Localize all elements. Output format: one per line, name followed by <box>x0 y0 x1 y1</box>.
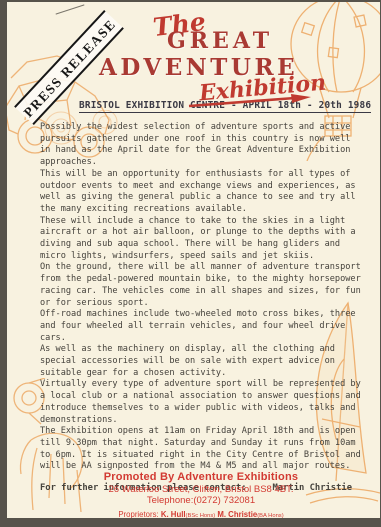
proprietor2-name: M. Christie <box>217 510 257 518</box>
paragraph-intro: Possibly the widest selection of adventu… <box>40 122 362 169</box>
proprietor1-name: K. Hull <box>161 510 186 518</box>
underline-arrow-icon <box>187 94 315 110</box>
press-release-document: PRESS RELEASE The GREAT ADVENTURE Exhibi… <box>7 2 380 518</box>
proprietors-line: Proprietors: K. Hull(BSc Hons) M. Christ… <box>40 510 362 518</box>
paragraph-offroad: Off-road machines include two-wheeled mo… <box>40 309 362 344</box>
paragraph-opening-times: The Exhibition opens at 11am on Friday A… <box>40 426 362 473</box>
promoted-by-line: Promoted By Adventure Exhibitions <box>40 471 362 483</box>
paragraph-machinery: As well as the machinery on display, all… <box>40 344 362 379</box>
title-great: GREAT <box>167 28 273 54</box>
proprietors-label: Proprietors: <box>118 510 158 518</box>
footer: Promoted By Adventure Exhibitions 26 Wat… <box>40 471 362 518</box>
paragraph-air-water: These will include a chance to take to t… <box>40 216 362 263</box>
address-line: 26 Waterloo Street, Clifton, Bristol BS8… <box>40 484 362 495</box>
scanned-page: PRESS RELEASE The GREAT ADVENTURE Exhibi… <box>0 0 381 527</box>
proprietor1-credential: (BSc Hons) <box>186 513 216 518</box>
proprietor2-credential: (BA Hons) <box>257 513 283 518</box>
paragraph-clubs: Virtually every type of adventure sport … <box>40 379 362 426</box>
telephone-line: Telephone:(0272) 732081 <box>40 495 362 506</box>
press-release-body: Possibly the widest selection of adventu… <box>40 122 362 495</box>
pen-mark <box>56 4 85 14</box>
paragraph-ground: On the ground, there will be all manner … <box>40 262 362 309</box>
paragraph-opportunity: This will be an opportunity for enthusia… <box>40 169 362 216</box>
